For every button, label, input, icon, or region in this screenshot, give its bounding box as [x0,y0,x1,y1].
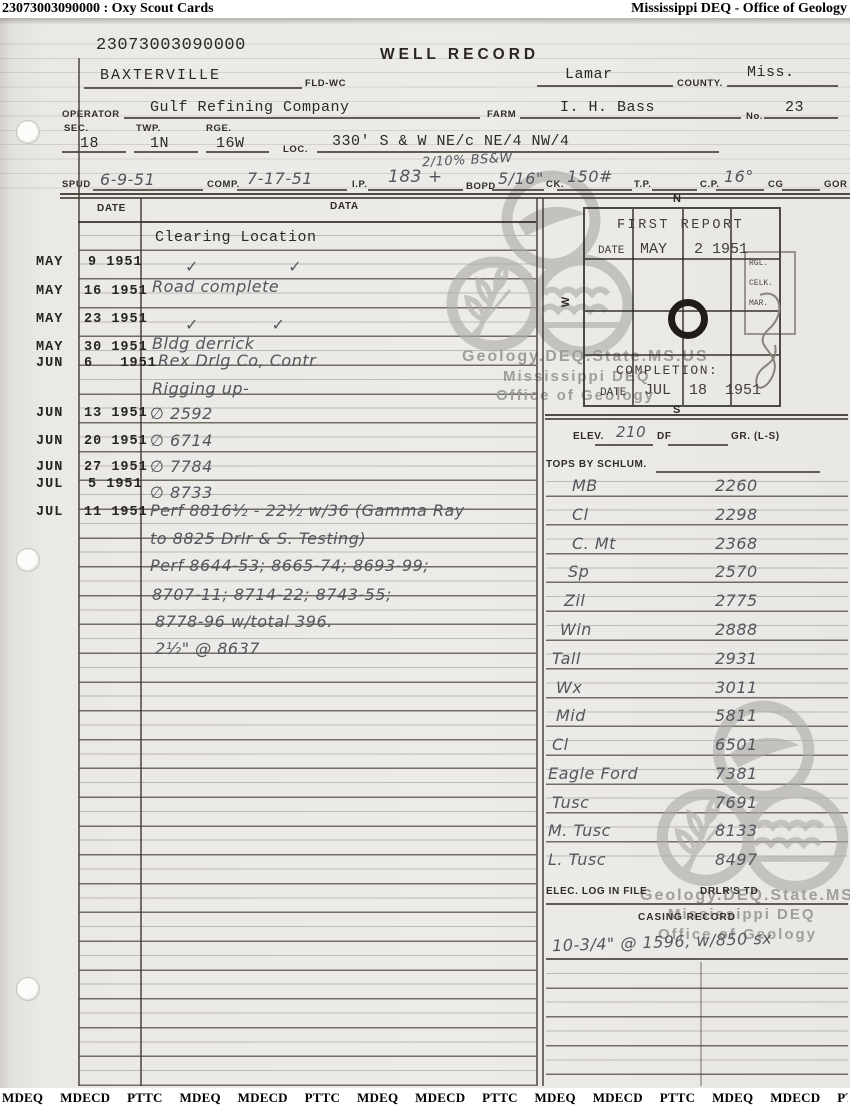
scan-edge-shadow [0,18,850,25]
hole-punch [16,120,40,144]
underline [237,189,347,191]
center-divider [542,198,544,1086]
data-header: DATA [330,201,359,212]
log-day: 13 [84,406,102,421]
elev-label: ELEV. [573,431,604,442]
log-data: 8778-96 w/total 396. [155,612,333,631]
log-date: 20 1951 [84,434,148,449]
underline [492,189,544,191]
completion-date: JUL 18 1951 [644,382,761,399]
twp-label: TWP. [136,123,161,134]
tp-label: T.P. [634,179,652,190]
casing-ruling [546,960,848,1086]
tops-name: M. Tusc [548,821,611,840]
log-data: to 8825 Drlr & S. Testing) [150,529,366,548]
underline [716,189,764,191]
log-year: 1951 [111,284,147,299]
completion-stamp: COMPLETION: [616,363,718,378]
log-month: JUL [36,505,63,520]
tops-name: Wx [556,678,582,697]
first-report-date: MAY 2 1951 [640,241,748,258]
underline [668,444,728,446]
log-data: Road complete [152,277,279,296]
underline [537,85,673,87]
tops-name: Tall [552,649,581,668]
ip-value: 183 + [388,167,443,187]
log-month: MAY [36,255,63,270]
tops-depth: 2570 [715,562,758,581]
tops-depth: 2260 [715,476,758,495]
log-year: 1951 [106,255,142,270]
loc-label: LOC. [283,144,308,155]
footer-banner: MDEQ MDECD PTTC MDEQ MDECD PTTC MDEQ MDE… [2,1090,848,1106]
column-rule [700,962,702,1086]
log-year: 1951 [111,505,147,520]
log-data: Rex Drlg Co, Contr [158,351,316,370]
gor-label: GOR [824,179,847,190]
underline [782,189,820,191]
log-data: 2½" @ 8637 [155,639,260,658]
tops-depth: 6501 [715,735,758,754]
tops-depth: 3011 [715,678,758,697]
tops-name: Cl [572,505,589,524]
tops-name: MB [572,476,598,495]
underline [206,151,269,153]
log-day: 9 [88,255,97,270]
log-data: ✓ ✓ [185,257,302,276]
drlrs-td-label: DRLR'S TD [700,886,758,897]
log-data: ∅ 6714 [150,431,213,450]
log-day: 6 [84,356,93,371]
log-data: Perf 8644-53; 8665-74; 8693-99; [150,556,429,575]
compass-n: N [673,193,681,205]
twp-value: 1N [150,135,169,152]
comp-label: COMP. [207,179,240,190]
spud-date: 6-9-51 [100,170,155,189]
field-name: BAXTERVILLE [100,67,221,84]
well-location-symbol [668,299,708,339]
underline [317,151,719,153]
tops-name: Mid [556,706,586,725]
tops-label: TOPS BY SCHLUM. [546,459,647,470]
tops-depth: 7381 [715,764,758,783]
api-number: 23073003090000 [96,36,246,55]
log-year: 1951 [111,340,147,355]
log-month: JUN [36,406,63,421]
log-year: 1951 [111,434,147,449]
underline [727,85,838,87]
header-underline [78,221,536,223]
log-data: ∅ 7784 [150,457,213,476]
log-day: 20 [84,434,102,449]
divider [545,418,848,420]
log-date: 9 1951 [88,255,143,270]
bopd-value: 5/16" [498,169,544,188]
tops-name: L. Tusc [548,850,606,869]
stamp-row: RGL. [749,259,768,268]
log-month: JUN [36,434,63,449]
underline [124,117,480,119]
log-date: 16 1951 [84,284,148,299]
ip-label: I.P. [352,179,367,190]
county-label: COUNTY. [677,78,723,89]
log-month: MAY [36,284,63,299]
page-title: 23073003090000 : Oxy Scout Cards [2,1,214,17]
underline [652,189,697,191]
log-year: 1951 [106,477,142,492]
plat-gridline [730,209,732,405]
underline [764,117,838,119]
underline [520,117,741,119]
log-month: JUL [36,477,63,492]
log-data: 8707-11; 8714-22; 8743-55; [152,585,392,604]
log-data: ∅ 2592 [150,404,213,423]
operator-label: OPERATOR [62,109,120,120]
log-month: JUN [36,356,63,371]
ck-value: 150# [567,167,613,186]
gr-label: GR. (L-S) [731,431,780,442]
tops-depth: 8133 [715,821,758,840]
log-year: 1951 [111,406,147,421]
log-date: 23 1951 [84,312,148,327]
operator-name: Gulf Refining Company [150,99,350,116]
farm-name: I. H. Bass [560,99,655,116]
divider [546,903,848,905]
df-label: DF [657,431,672,442]
log-data: ∅ 8733 [150,483,213,502]
comp-date: 7-17-51 [247,169,313,188]
log-note: Clearing Location [155,229,317,246]
well-no: 23 [785,99,804,116]
farm-label: FARM [487,109,516,120]
sec-label: SEC. [64,123,89,134]
log-date: 6 1951 [84,356,157,371]
casing-record-label: CASING RECORD [638,912,736,923]
field-label: FLD-WC [305,78,346,89]
log-date: 5 1951 [88,477,143,492]
state-name: Miss. [747,64,795,81]
tops-name: Win [560,620,592,639]
underline [656,471,820,473]
tops-depth: 2368 [715,534,758,553]
log-month: JUN [36,460,63,475]
underline [595,444,653,446]
county-name: Lamar [565,66,613,83]
hole-punch [16,977,40,1001]
tops-depth: 2775 [715,591,758,610]
log-day: 5 [88,477,97,492]
log-date: 27 1951 [84,460,148,475]
tops-depth: 8497 [715,850,758,869]
log-year: 1951 [111,312,147,327]
card-title: WELL RECORD [380,46,539,64]
hole-punch [16,548,40,572]
log-date: 13 1951 [84,406,148,421]
log-day: 23 [84,312,102,327]
underline [62,151,126,153]
log-date: 30 1951 [84,340,148,355]
well-no-label: No. [746,111,763,122]
compass-w: W [560,297,572,307]
rge-value: 16W [216,135,245,152]
tops-name: Tusc [552,793,589,812]
tops-depth: 2298 [715,505,758,524]
log-day: 30 [84,340,102,355]
underline [368,189,463,191]
tops-depth: 2931 [715,649,758,668]
divider [60,197,850,199]
log-day: 16 [84,284,102,299]
log-month: MAY [36,340,63,355]
log-month: MAY [36,312,63,327]
elec-log-label: ELEC. LOG IN FILE [546,886,647,897]
card-left-rule [78,58,80,1086]
date-header: DATE [97,203,126,214]
loc-value: 330' S & W NE/c NE/4 NW/4 [332,133,570,150]
log-year: 1951 [120,356,156,371]
spud-label: SPUD [62,179,91,190]
tops-name: C. Mt [572,534,616,553]
center-divider [536,198,538,1086]
date-column-rule [140,198,142,1086]
log-data: ✓ ✓ [185,315,285,334]
cp-value: 16° [724,167,754,186]
underline [557,189,632,191]
sec-value: 18 [80,135,99,152]
log-year: 1951 [111,460,147,475]
divider [60,193,850,195]
tops-depth: 7691 [715,793,758,812]
tops-name: Sp [568,562,589,581]
tops-name: Cl [552,735,569,754]
tops-depth: 5811 [715,706,758,725]
divider [545,414,848,416]
tops-depth: 2888 [715,620,758,639]
underline [84,87,302,89]
log-day: 11 [84,505,102,520]
underline [93,189,203,191]
completion-date-label: DATE [600,387,626,399]
rge-label: RGE. [206,123,232,134]
log-data: Rigging up- [152,379,249,398]
agency-title: Mississippi DEQ - Office of Geology [631,1,847,17]
log-date: 11 1951 [84,505,148,520]
elev-value: 210 [616,423,646,441]
log-day: 27 [84,460,102,475]
underline [134,151,198,153]
tops-name: Zil [564,591,585,610]
log-data: Perf 8816½ - 22½ w/36 (Gamma Ray [150,501,465,520]
first-report-date-label: DATE [598,245,624,257]
underline [546,958,848,960]
first-report-stamp: FIRST REPORT [617,218,744,233]
tops-name: Eagle Ford [548,764,638,783]
scout-card-page: 23073003090000 : Oxy Scout Cards Mississ… [0,0,850,1110]
